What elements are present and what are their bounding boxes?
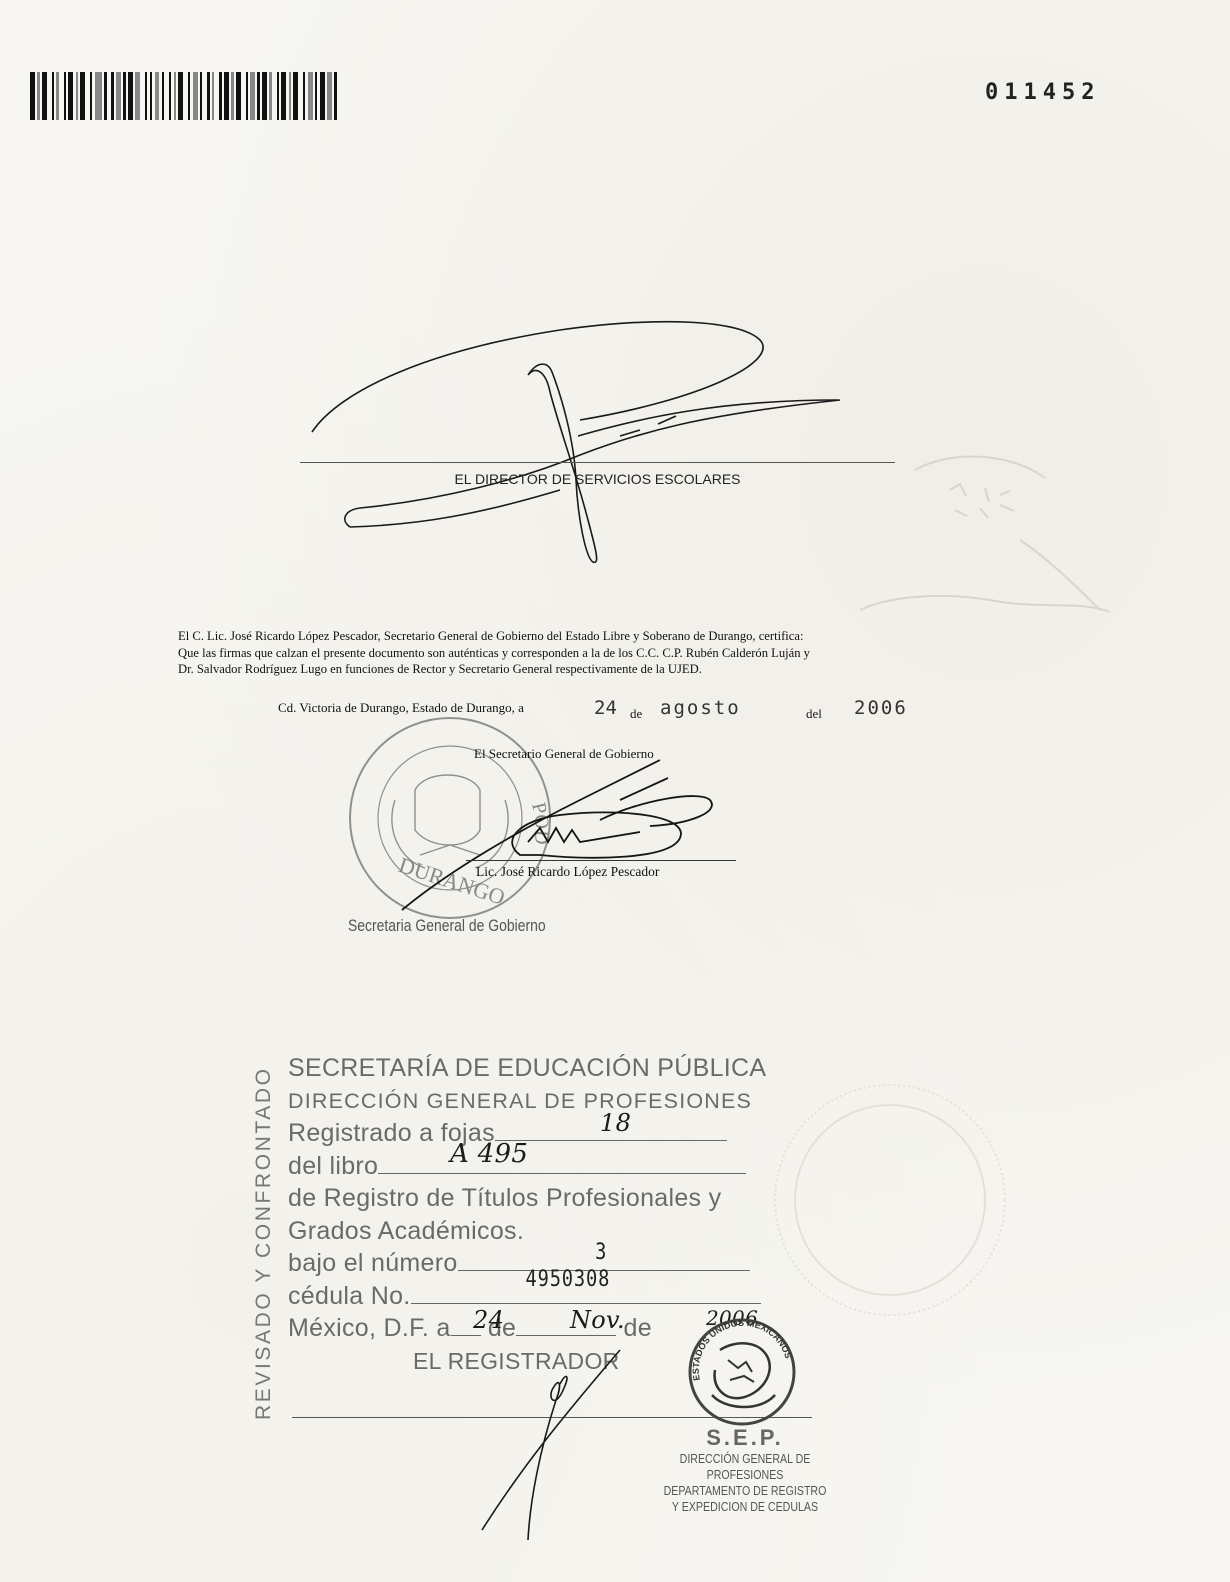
libro-label: del libro (288, 1152, 378, 1180)
serial-number: 011452 (985, 80, 1100, 105)
mexico-date-row: México, D.F. a de de 24 Nov. 2006 (288, 1312, 778, 1345)
revisado-confrontado-label: REVISADO Y CONFRONTADO (252, 1066, 276, 1420)
grados-line: Grados Académicos. (288, 1215, 778, 1248)
fojas-value: 18 (600, 1107, 631, 1140)
secretario-name: Lic. José Ricardo López Pescador (476, 864, 659, 880)
registrador-title: EL REGISTRADOR (288, 1345, 778, 1378)
barcode-icon (30, 72, 342, 120)
libro-value: A 495 (450, 1138, 528, 1171)
certification-year: 2006 (854, 697, 908, 719)
cedula-value: 4950308 (525, 1264, 610, 1297)
director-title: EL DIRECTOR DE SERVICIOS ESCOLARES (300, 471, 895, 487)
mexico-day: 24 (473, 1304, 504, 1337)
dgp-heading: DIRECCIÓN GENERAL DE PROFESIONES (288, 1085, 778, 1118)
secretario-title: El Secretario General de Gobierno (474, 746, 654, 762)
mexico-month: Nov. (570, 1304, 625, 1337)
mexico-year: 2006 (706, 1302, 758, 1335)
certification-month: agosto (660, 697, 741, 719)
certification-day: 24 (594, 697, 617, 719)
sep-registration-stamp: SECRETARÍA DE EDUCACIÓN PÚBLICA DIRECCIÓ… (288, 1052, 778, 1377)
certification-line: Dr. Salvador Rodríguez Lugo en funciones… (178, 661, 1038, 678)
mexico-del-label: de (624, 1314, 652, 1342)
director-signature-line (300, 462, 895, 463)
certification-date-place: Cd. Victoria de Durango, Estado de Duran… (278, 700, 524, 716)
date-de-label: de (630, 706, 642, 722)
sep-seal-text: S.E.P. DIRECCIÓN GENERAL DE PROFESIONES … (630, 1425, 860, 1515)
libro-row: del libro A 495 (288, 1150, 778, 1183)
sep-seal-line: DIRECCIÓN GENERAL DE PROFESIONES (647, 1451, 843, 1483)
fojas-row: Registrado a fojas 18 (288, 1117, 778, 1150)
sep-seal-line: Y EXPEDICION DE CEDULAS (647, 1499, 843, 1515)
registro-line: de Registro de Títulos Profesionales y (288, 1182, 778, 1215)
certification-line: Que las firmas que calzan el presente do… (178, 645, 1038, 662)
certification-line: El C. Lic. José Ricardo López Pescador, … (178, 628, 1038, 645)
sep-heading: SECRETARÍA DE EDUCACIÓN PÚBLICA (288, 1052, 778, 1085)
mexico-label: México, D.F. a (288, 1314, 451, 1342)
sep-seal-line: DEPARTAMENTO DE REGISTRO (647, 1483, 843, 1499)
cedula-row: cédula No. 4950308 (288, 1280, 778, 1313)
secretaria-stamp-label: Secretaria General de Gobierno (348, 916, 546, 936)
date-del-label: del (806, 706, 822, 722)
sep-abbr: S.E.P. (630, 1425, 860, 1451)
numero-label: bajo el número (288, 1249, 458, 1277)
secretario-signature-line (466, 860, 736, 861)
cedula-label: cédula No. (288, 1282, 411, 1310)
registrador-signature-line (292, 1417, 812, 1418)
certification-paragraph: El C. Lic. José Ricardo López Pescador, … (178, 628, 1038, 678)
